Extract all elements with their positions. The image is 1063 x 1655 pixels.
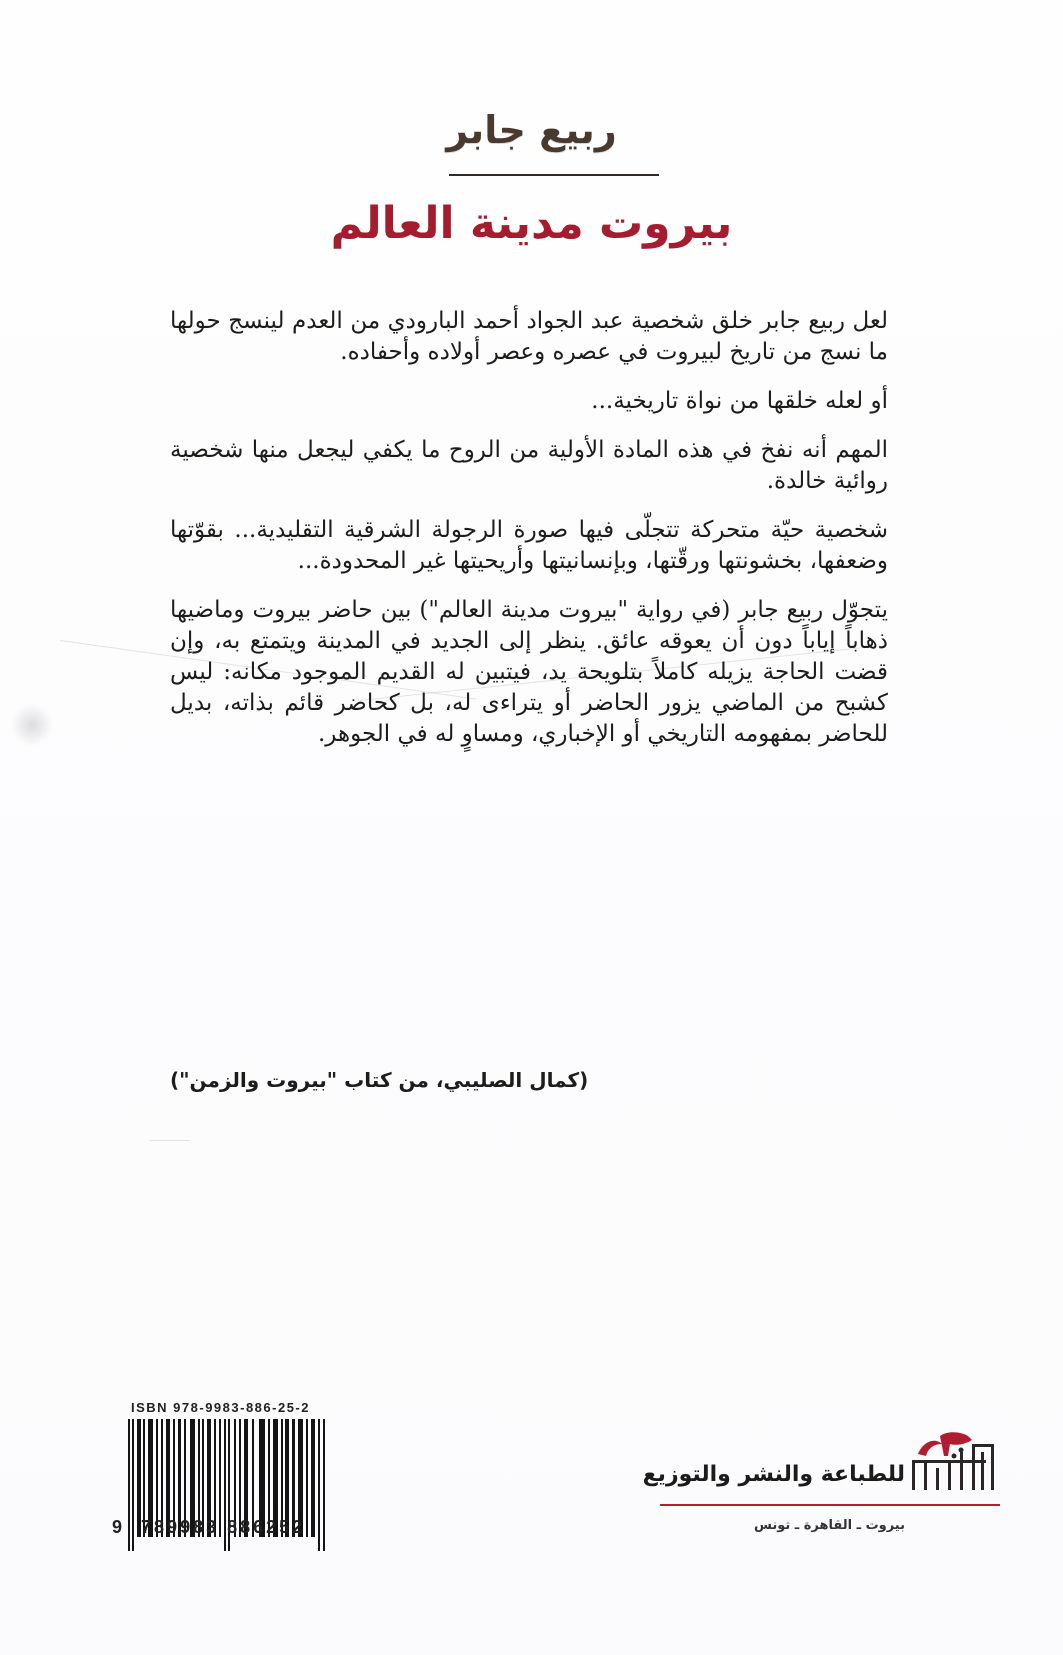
- book-title: بيروت مدينة العالم: [0, 198, 1063, 249]
- blurb-paragraph: أو لعله خلقها من نواة تاريخية...: [170, 386, 888, 417]
- blurb-paragraph: يتجوّل ربيع جابر (في رواية "بيروت مدينة …: [170, 595, 888, 750]
- author-name: ربيع جابر: [0, 108, 1063, 152]
- attribution-text: (كمال الصليبي، من كتاب "بيروت والزمن"): [170, 1068, 588, 1092]
- publisher-name: للطباعة والنشر والتوزيع: [643, 1462, 905, 1487]
- barcode-left-digits: 789983: [141, 1517, 219, 1537]
- blurb-text: لعل ربيع جابر خلق شخصية عبد الجواد أحمد …: [170, 306, 888, 768]
- blurb-paragraph: المهم أنه نفخ في هذه المادة الأولية من ا…: [170, 435, 888, 497]
- isbn-label: ISBN 978-9983-886-25-2: [131, 1400, 328, 1415]
- book-back-cover: ربيع جابر بيروت مدينة العالم لعل ربيع جا…: [0, 0, 1063, 1655]
- blurb-paragraph: شخصية حيّة متحركة تتجلّى فيها صورة الرجو…: [170, 515, 888, 577]
- barcode-lead-digit: 9: [112, 1517, 125, 1537]
- publisher-imprint: للطباعة والنشر والتوزيع بيروت ـ القاهرة …: [660, 1430, 1010, 1570]
- blurb-paragraph: لعل ربيع جابر خلق شخصية عبد الجواد أحمد …: [170, 306, 888, 368]
- publisher-cities: بيروت ـ القاهرة ـ تونس: [754, 1518, 905, 1533]
- paper-scuff: [150, 1140, 190, 1141]
- title-divider: [449, 174, 659, 176]
- quote-attribution: (كمال الصليبي، من كتاب "بيروت والزمن"): [170, 1068, 888, 1092]
- publisher-logo-icon: [890, 1430, 1000, 1492]
- barcode-digits: 9 789983 886252: [112, 1517, 352, 1538]
- publisher-divider: [660, 1504, 1000, 1506]
- barcode-right-digits: 886252: [227, 1517, 305, 1537]
